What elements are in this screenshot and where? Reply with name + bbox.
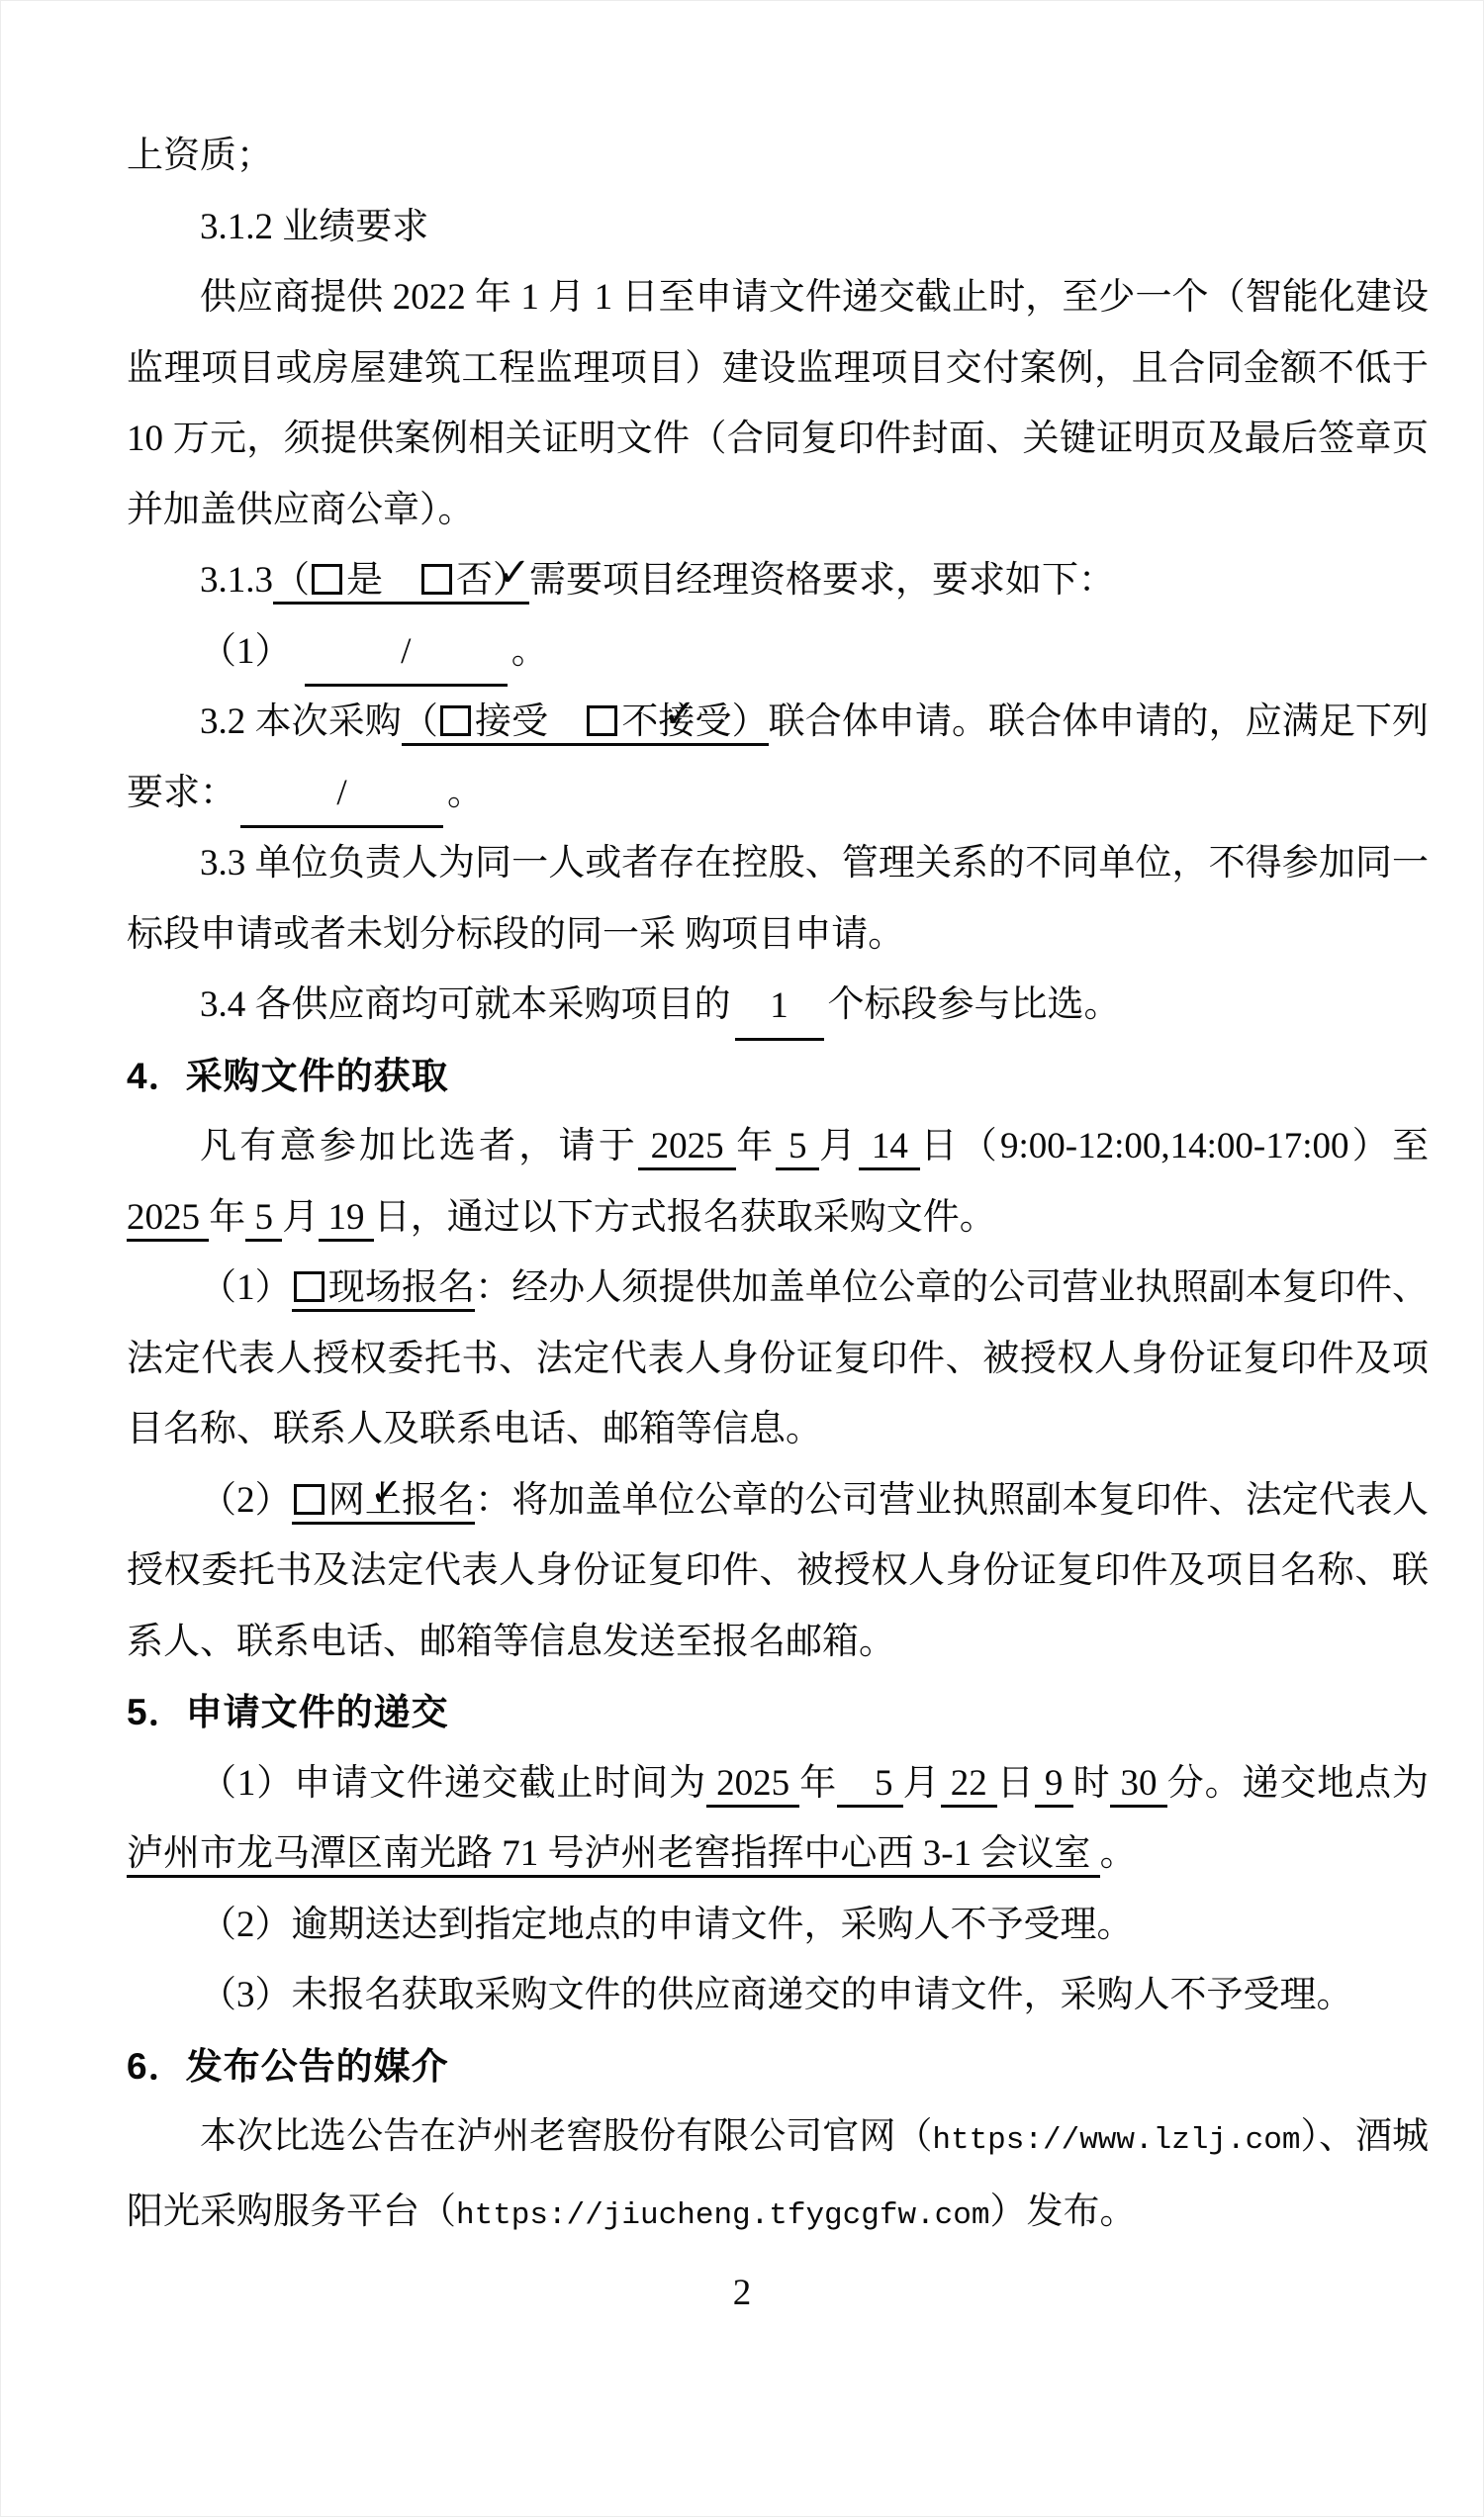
underlined-fill-in-text: 2025 [706, 1763, 799, 1808]
text-run: 上资质； [127, 136, 273, 176]
para-4-2-online-registration: （2）✓网上报名：将加盖单位公章的公司营业执照副本复印件、法定代表人授权委托书及… [127, 1465, 1429, 1678]
text-run: 日（9:00-12:00,14:00-17:00）至 [920, 1126, 1429, 1166]
para-4-1-onsite-registration: （1）现场报名：经办人须提供加盖单位公章的公司营业执照副本复印件、法定代表人授权… [127, 1253, 1429, 1465]
text-run: 日，通过以下方式报名获取采购文件。 [374, 1197, 996, 1238]
checkbox-checked-icon: ✓ [587, 705, 617, 736]
text-run: 。 [1100, 1833, 1137, 1874]
text-run: 。 [447, 773, 484, 813]
page-number: 2 [0, 2272, 1484, 2315]
check-mark-icon: ✓ [590, 695, 696, 734]
url-text: https://jiucheng.tfygcgfw.com [456, 2198, 990, 2233]
underlined-fill-in-text: 19 [319, 1197, 374, 1242]
checkbox-unchecked-icon [312, 564, 342, 595]
underlined-option-group: （是 ✓否） [273, 560, 529, 605]
document-page: 上资质；3.1.2 业绩要求供应商提供 2022 年 1 月 1 日至申请文件递… [0, 0, 1484, 2517]
text-run: 分。递交地点为 [1167, 1763, 1429, 1804]
heading-6-announcement-media: 6．发布公告的媒介 [127, 2031, 1429, 2102]
text-run: （1）申请文件递交截止时间为 [200, 1763, 706, 1804]
text-run: （2）逾期送达到指定地点的申请文件，采购人不予受理。 [200, 1905, 1134, 1945]
text-run: 年 [736, 1126, 776, 1166]
check-mark-icon: ✓ [297, 1473, 404, 1513]
underlined-option-group: （接受 ✓不接受） [402, 701, 769, 746]
text-run: 供应商提供 2022 年 1 月 1 日至申请文件递交截止时，至少一个（智能化建… [127, 277, 1429, 530]
checkbox-checked-icon: ✓ [294, 1484, 325, 1515]
checkbox-checked-icon: ✓ [421, 564, 452, 595]
text-run: （ [402, 701, 438, 742]
text-run: 3.3 单位负责人为同一人或者存在控股、管理关系的不同单位，不得参加同一标段申请… [127, 843, 1429, 955]
underlined-fill-in-text: 泸州市龙马潭区南光路 71 号泸州老窖指挥中心西 3-1 会议室 [127, 1833, 1100, 1878]
para-3-1-3: 3.1.3（是 ✓否）需要项目经理资格要求，要求如下： [127, 545, 1429, 616]
text-run: 3.1.2 业绩要求 [200, 207, 428, 247]
text-run: 现场报名 [328, 1267, 475, 1308]
url-text: https://www.lzlj.com [932, 2123, 1300, 2158]
text-run: 时 [1073, 1763, 1111, 1804]
underlined-option-group: ✓网上报名 [292, 1480, 475, 1525]
underlined-fill-in-text: 14 [859, 1126, 920, 1170]
heading-4-document-acquisition: 4．采购文件的获取 [127, 1041, 1429, 1112]
para-3-3: 3.3 单位负责人为同一人或者存在控股、管理关系的不同单位，不得参加同一标段申请… [127, 828, 1429, 970]
text-run: 年 [209, 1197, 245, 1238]
para-5-1-deadline: （1）申请文件递交截止时间为 2025 年 5 月 22 日 9 时 30 分。… [127, 1748, 1429, 1890]
text-run: 3.4 各供应商均可就本采购项目的 [200, 984, 731, 1025]
text-run: ）发布。 [990, 2191, 1137, 2232]
text-run: 3.1.3 [200, 560, 273, 601]
underlined-fill-in-text: 30 [1110, 1763, 1166, 1808]
para-3-1-2-title: 3.1.2 业绩要求 [127, 192, 1429, 263]
text-run: 6．发布公告的媒介 [127, 2046, 449, 2087]
text-run: 日 [997, 1763, 1035, 1804]
text-run: （3）未报名获取采购文件的供应商递交的申请文件，采购人不予受理。 [200, 1975, 1353, 2015]
underlined-option-group: 现场报名 [292, 1267, 475, 1312]
para-4-1: 凡有意参加比选者，请于 2025 年 5 月 14 日（9:00-12:00,1… [127, 1111, 1429, 1253]
text-run: （ [273, 560, 310, 601]
text-run: 个标段参与比选。 [828, 984, 1121, 1025]
para-6-1-media: 本次比选公告在泸州老窖股份有限公司官网（https://www.lzlj.com… [127, 2101, 1429, 2251]
text-run: 月 [282, 1197, 319, 1238]
check-mark-icon: ✓ [424, 553, 531, 593]
para-3-4: 3.4 各供应商均可就本采购项目的1个标段参与比选。 [127, 970, 1429, 1041]
text-run: 年 [799, 1763, 837, 1804]
underlined-fill-in-text: 5 [776, 1126, 819, 1170]
underlined-fill-in-text: 22 [941, 1763, 997, 1808]
text-run: （1） [200, 1267, 292, 1308]
text-run: 需要项目经理资格要求，要求如下： [529, 560, 1115, 601]
para-3-2: 3.2 本次采购（接受 ✓不接受）联合体申请。联合体申请的，应满足下列要求：/。 [127, 687, 1429, 828]
underlined-fill-in-text: 5 [837, 1763, 903, 1808]
text-run: 月 [819, 1126, 859, 1166]
text-run: 接受 [475, 701, 585, 742]
text-run: 3.2 本次采购 [200, 701, 402, 742]
text-run: 本次比选公告在泸州老窖股份有限公司官网（ [200, 2116, 932, 2157]
para-5-2-overdue: （2）逾期送达到指定地点的申请文件，采购人不予受理。 [127, 1890, 1429, 1961]
fill-in-blank: / [305, 620, 508, 687]
para-qualification-continued: 上资质； [127, 121, 1429, 192]
checkbox-unchecked-icon [440, 705, 471, 736]
document-content: 上资质；3.1.2 业绩要求供应商提供 2022 年 1 月 1 日至申请文件递… [127, 121, 1429, 2251]
text-run: 。 [511, 631, 548, 672]
underlined-fill-in-text: 2025 [127, 1197, 209, 1242]
text-run: 月 [903, 1763, 941, 1804]
text-run: 是 [346, 560, 419, 601]
para-3-1-2-body: 供应商提供 2022 年 1 月 1 日至申请文件递交截止时，至少一个（智能化建… [127, 262, 1429, 545]
fill-in-blank: / [240, 762, 443, 828]
text-run: 凡有意参加比选者，请于 [200, 1126, 638, 1166]
checkbox-unchecked-icon [294, 1271, 325, 1302]
para-3-1-3-item-1: （1） /。 [127, 616, 1429, 688]
para-5-3-unregistered: （3）未报名获取采购文件的供应商递交的申请文件，采购人不予受理。 [127, 1960, 1429, 2031]
fill-in-blank: 1 [735, 975, 824, 1041]
text-run: 5．申请文件的递交 [127, 1692, 449, 1732]
heading-5-application-submission: 5．申请文件的递交 [127, 1677, 1429, 1748]
text-run: （1） [200, 631, 301, 672]
underlined-fill-in-text: 5 [245, 1197, 282, 1242]
underlined-fill-in-text: 9 [1035, 1763, 1073, 1808]
text-run: 4．采购文件的获取 [127, 1056, 449, 1096]
underlined-fill-in-text: 2025 [638, 1126, 736, 1170]
text-run: （2） [200, 1480, 292, 1521]
